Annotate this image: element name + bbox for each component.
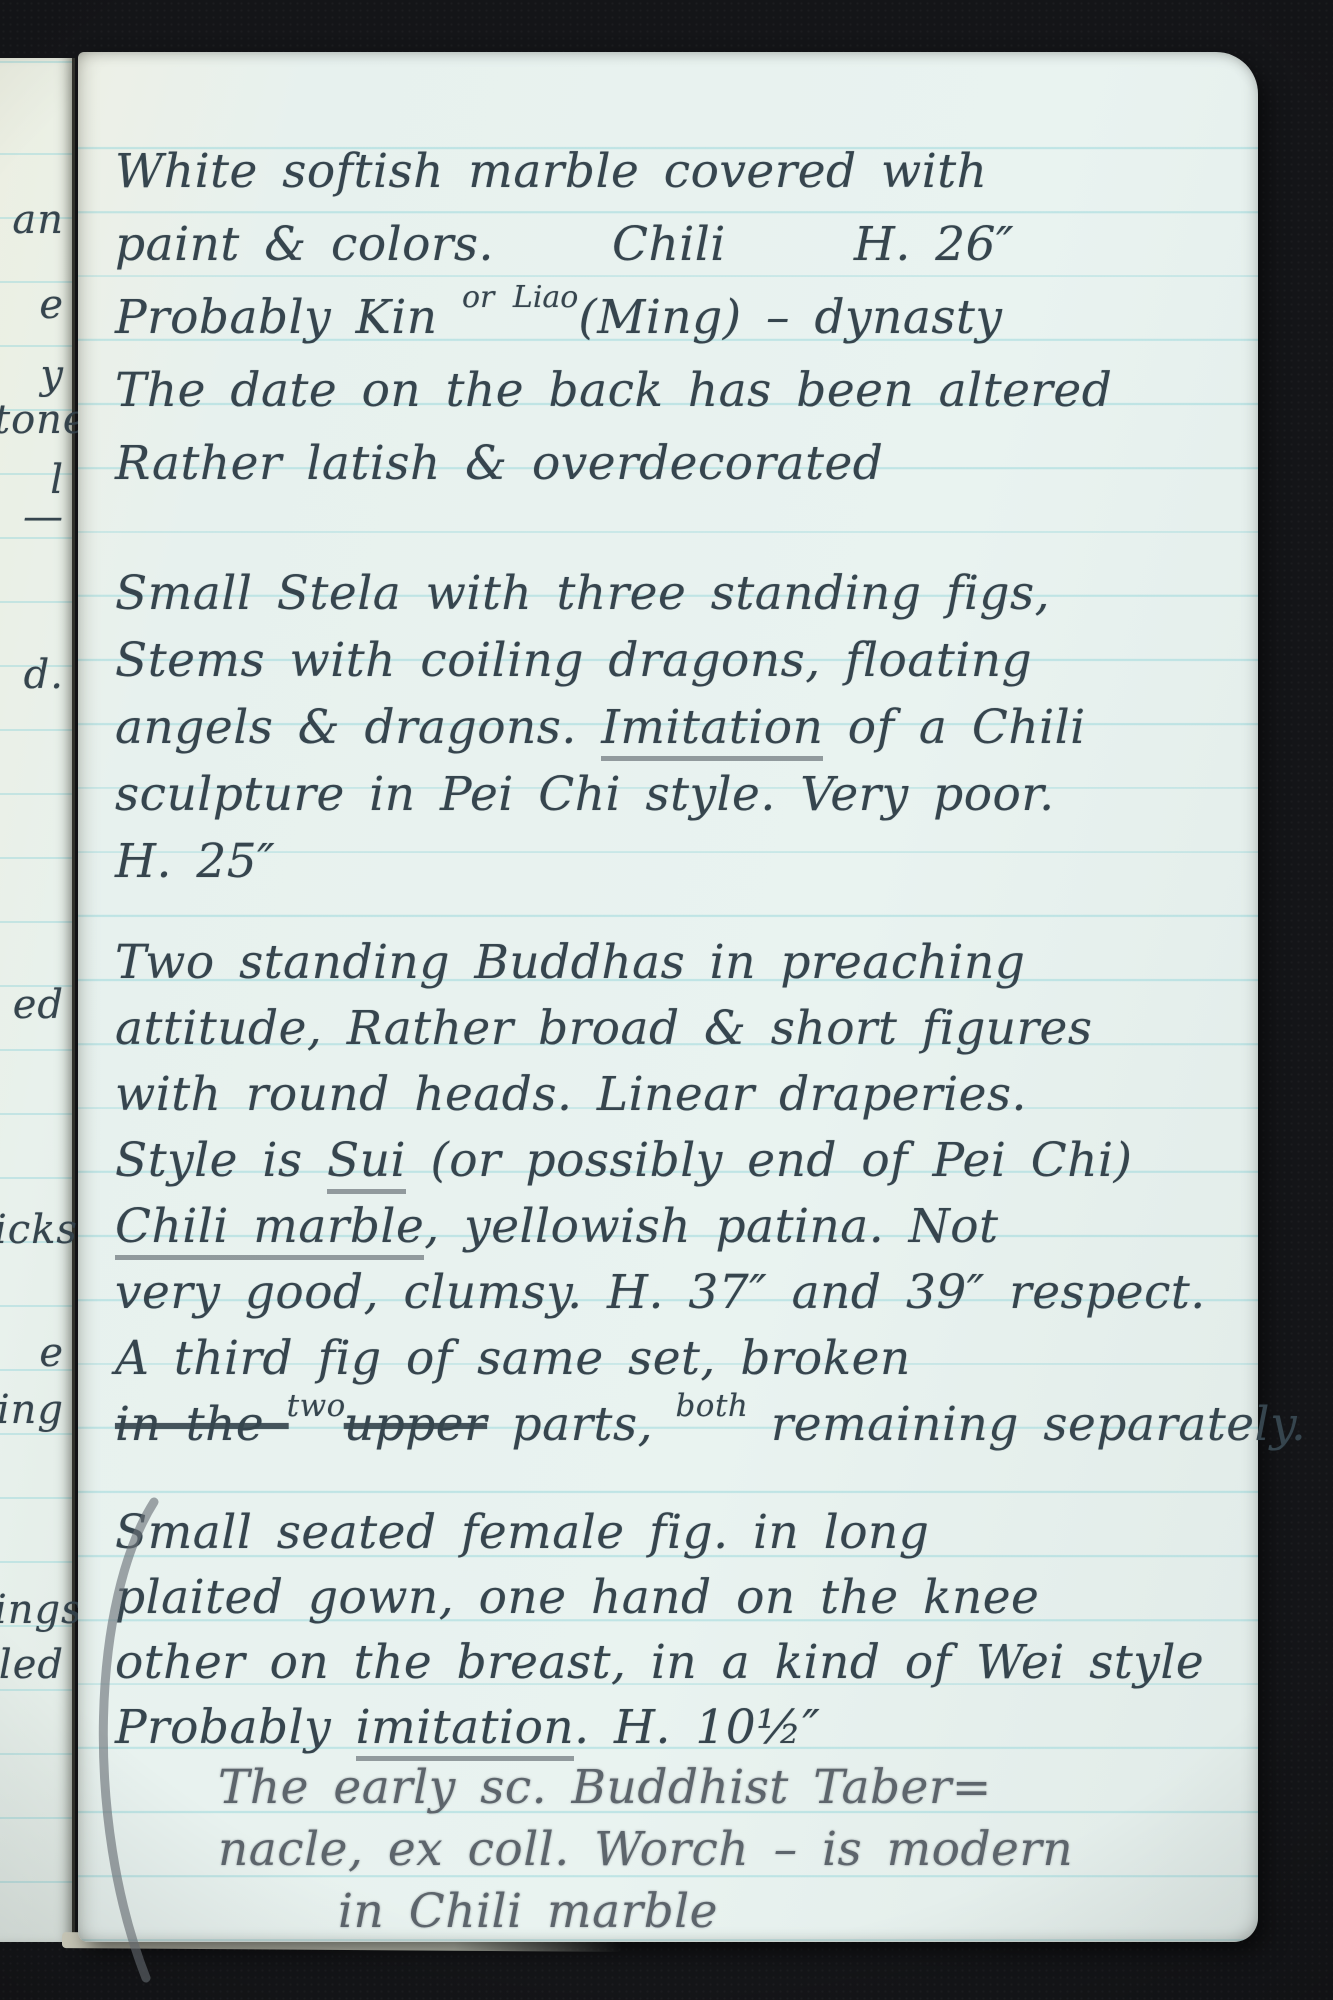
- note-entry-pencil-postscript: The early sc. Buddhist Taber= nacle, ex …: [218, 1757, 1238, 1943]
- underlined-word: imitation: [356, 1700, 575, 1761]
- note-entry-two-buddhas: Two standing Buddhas in preaching attitu…: [115, 930, 1238, 1458]
- handwriting-line: sculpture in Pei Chi style. Very poor.: [115, 761, 1238, 828]
- page-edge-text-fragment: icks: [0, 1210, 64, 1250]
- handwriting-line: White softish marble covered with: [115, 135, 1238, 208]
- note-entry-small-stela: Small Stela with three standing figs, St…: [115, 560, 1238, 895]
- handwriting-line: paint & colors.ChiliH. 26″: [115, 208, 1238, 281]
- page-edge-text-fragment: y: [0, 355, 64, 395]
- underlined-word: Sui: [327, 1133, 406, 1194]
- handwriting-line: attitude, Rather broad & short figures: [115, 996, 1238, 1062]
- notebook-page: White softish marble covered with paint …: [78, 52, 1258, 1942]
- page-edge-text-fragment: ingst.: [0, 1590, 64, 1630]
- page-edge-text-fragment: —: [0, 497, 64, 537]
- page-edge-text-fragment: an: [0, 200, 64, 240]
- handwriting-line: Two standing Buddhas in preaching: [115, 930, 1238, 996]
- interlinear-insertion: two: [287, 1388, 346, 1424]
- page-edge-text-fragment: d.: [0, 655, 64, 695]
- interlinear-insertion: or Liao: [462, 280, 578, 315]
- handwriting-line: Style is Sui (or possibly end of Pei Chi…: [115, 1128, 1238, 1194]
- handwriting-line: Probably Kin or Liao(Ming) – dynasty: [115, 281, 1238, 354]
- handwriting-line: Chili marble, yellowish patina. Not: [115, 1194, 1238, 1260]
- interlinear-insertion: both: [675, 1388, 748, 1424]
- page-edge-text-fragment: ing: [0, 1390, 64, 1430]
- note-entry-seated-female: Small seated female fig. in long plaited…: [115, 1500, 1238, 1760]
- handwriting-line: Rather latish & overdecorated: [115, 427, 1238, 500]
- underlined-word: Chili marble: [115, 1199, 424, 1260]
- handwriting-line: in Chili marble: [338, 1881, 1238, 1943]
- underlined-word: Imitation: [601, 700, 823, 761]
- handwriting-line: nacle, ex coll. Worch – is modern: [218, 1819, 1238, 1881]
- handwriting-line: angels & dragons. Imitation of a Chili: [115, 694, 1238, 761]
- struck-through-word: upper: [344, 1397, 487, 1452]
- handwriting-line: other on the breast, in a kind of Wei st…: [115, 1630, 1238, 1695]
- page-edge-text-fragment: e: [0, 1333, 64, 1373]
- handwriting-line: The date on the back has been altered: [115, 354, 1238, 427]
- note-entry-white-marble: White softish marble covered with paint …: [115, 135, 1238, 500]
- handwriting-line: A third fig of same set, broken: [115, 1326, 1238, 1392]
- handwriting-line: Probably imitation. H. 10½″: [115, 1695, 1238, 1760]
- handwriting-line: The early sc. Buddhist Taber=: [218, 1757, 1238, 1819]
- handwriting-line: Small seated female fig. in long: [115, 1500, 1238, 1565]
- pencil-bracket-mark: [78, 1490, 164, 1994]
- handwriting-line: Stems with coiling dragons, floating: [115, 627, 1238, 694]
- struck-through-word: in the: [115, 1397, 289, 1452]
- handwriting-line: plaited gown, one hand on the knee: [115, 1565, 1238, 1630]
- handwriting-line: with round heads. Linear draperies.: [115, 1062, 1238, 1128]
- handwriting-line: very good, clumsy. H. 37″ and 39″ respec…: [115, 1260, 1238, 1326]
- handwriting-line: in the twoupper parts, both remaining se…: [115, 1392, 1238, 1458]
- handwriting-line: Small Stela with three standing figs,: [115, 560, 1238, 627]
- page-edge-text-fragment: led: [0, 1645, 64, 1685]
- page-edge-text-fragment: e: [0, 285, 64, 325]
- page-edge-text-fragment: tone: [0, 400, 64, 440]
- notebook-photo: an e y tone l — d. ed icks e ing ingst. …: [0, 0, 1333, 2000]
- handwriting-line: H. 25″: [115, 828, 1238, 895]
- previous-page-edge: an e y tone l — d. ed icks e ing ingst. …: [0, 58, 75, 1942]
- page-edge-text-fragment: ed: [0, 985, 64, 1025]
